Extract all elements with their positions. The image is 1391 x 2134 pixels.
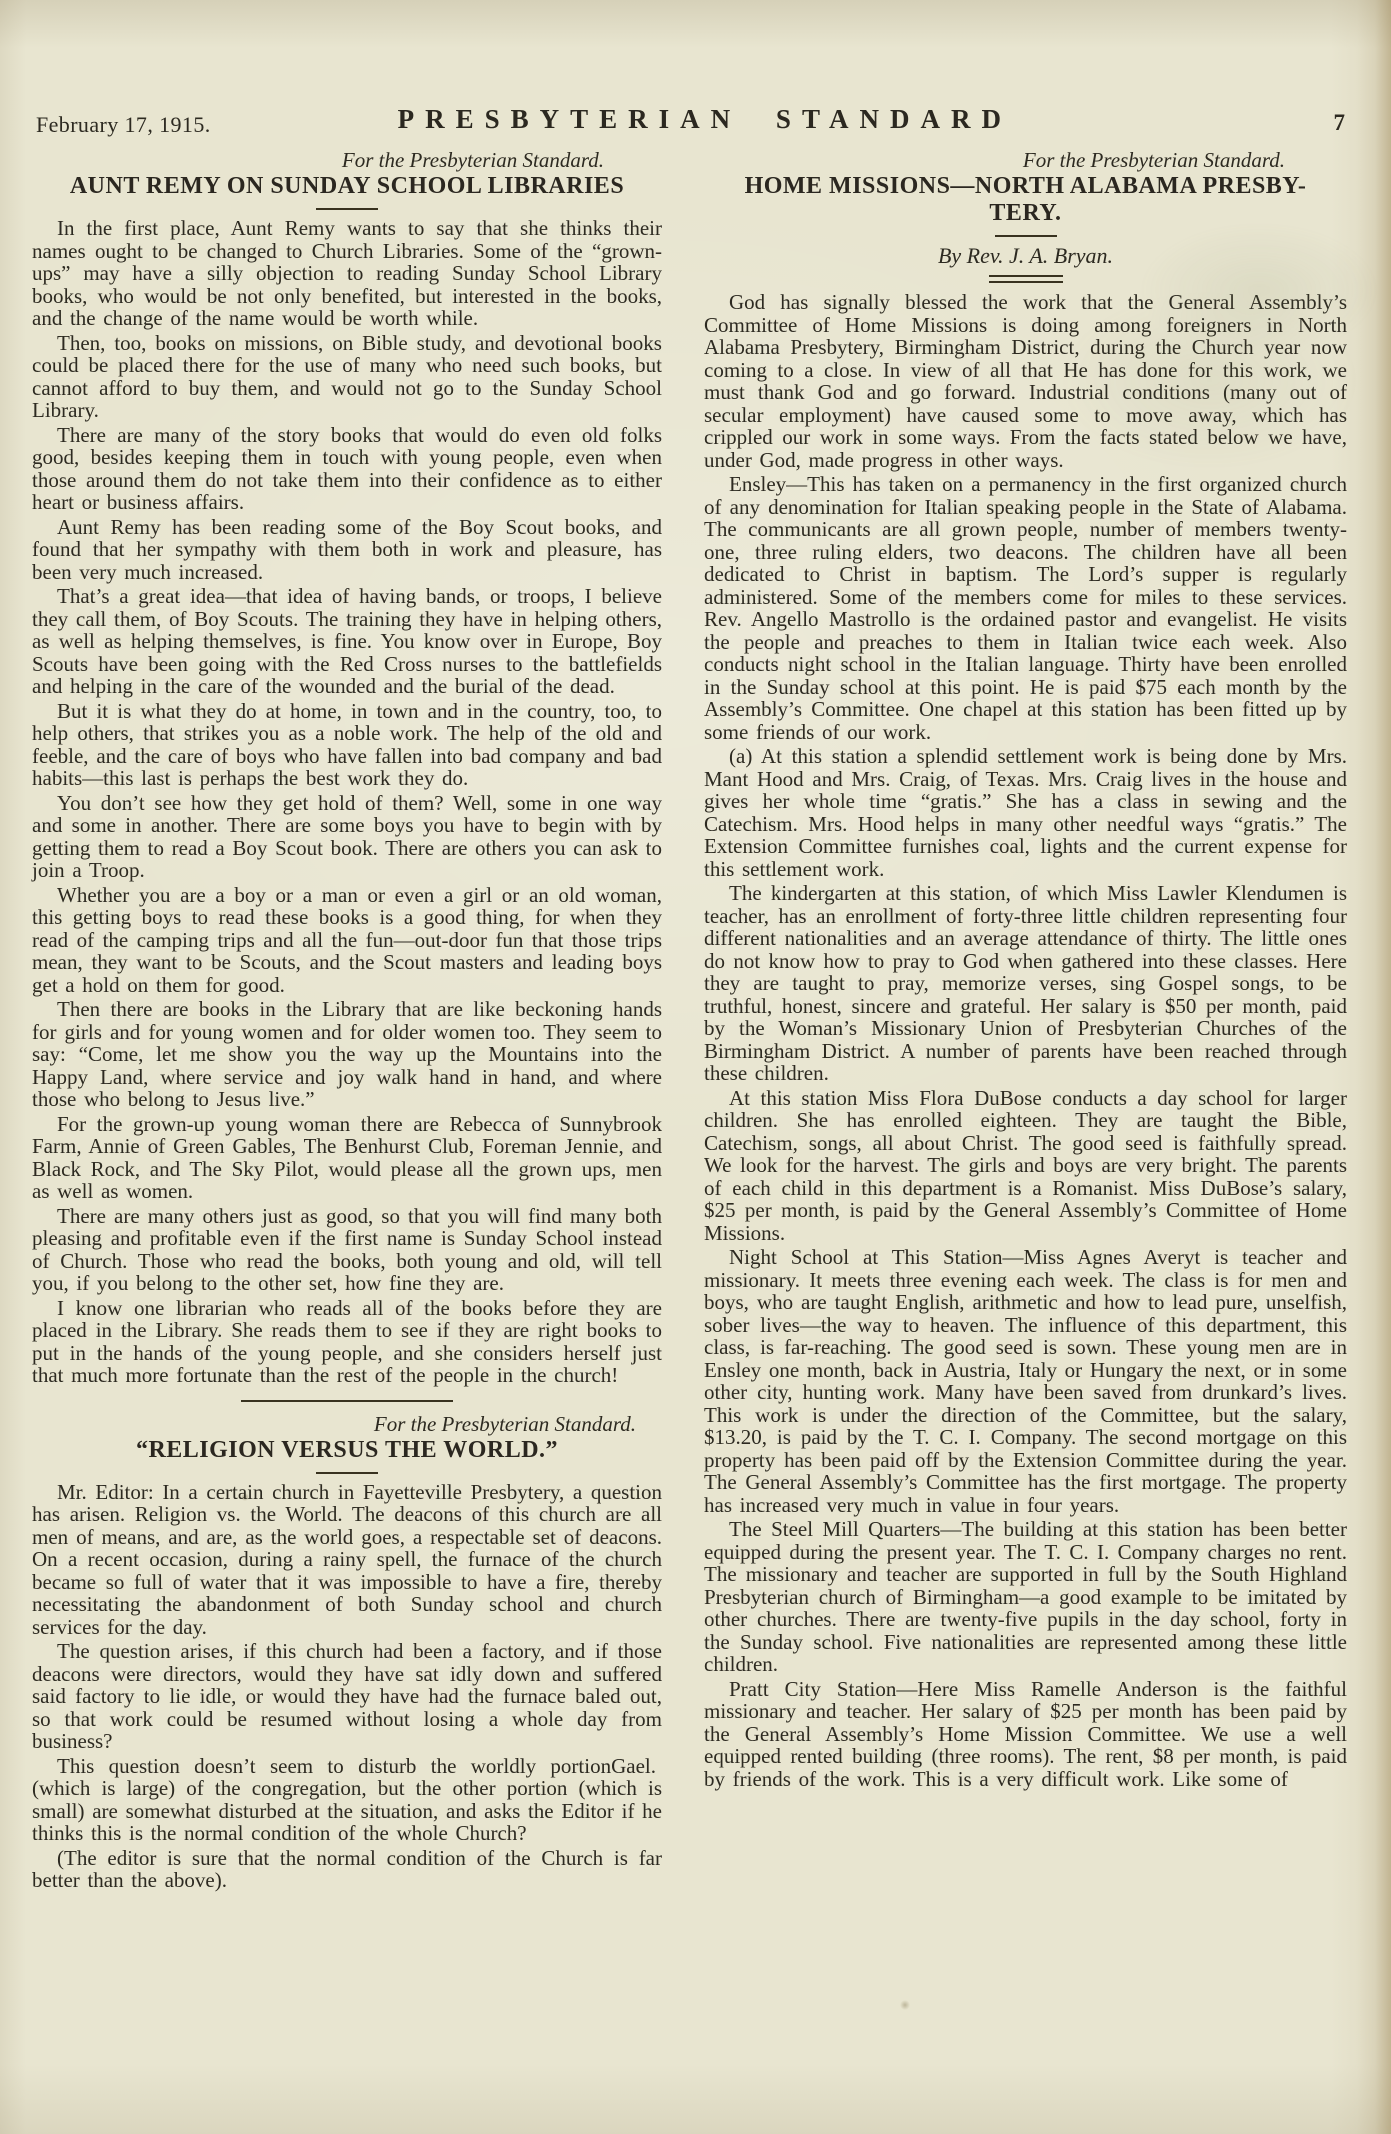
paragraph: There are many others just as good, so t… xyxy=(32,1205,662,1295)
editor-note: (The editor is sure that the normal cond… xyxy=(32,1847,662,1892)
paragraph: There are many of the story books that w… xyxy=(32,424,662,514)
paragraph-with-signature: Gael.This question doesn’t seem to distu… xyxy=(32,1755,662,1845)
paragraph: In the first place, Aunt Remy wants to s… xyxy=(32,217,662,330)
paragraph: You don’t see how they get hold of them?… xyxy=(32,792,662,882)
masthead-title: PRESBYTERIAN STANDARD xyxy=(398,104,1012,135)
paragraph: Then there are books in the Library that… xyxy=(32,998,662,1111)
paragraph: Whether you are a boy or a man or even a… xyxy=(32,884,662,997)
author-signature: Gael. xyxy=(611,1755,662,1778)
reverse-side-showthrough xyxy=(1061,170,1391,470)
paragraph: But it is what they do at home, in town … xyxy=(32,700,662,790)
article-tagline: For the Presbyterian Standard. xyxy=(704,148,1347,172)
article-title: AUNT REMY ON SUNDAY SCHOOL LIBRARIES xyxy=(32,173,662,200)
paragraph: The kindergarten at this station, of whi… xyxy=(704,882,1347,1085)
article-aunt-remy: For the Presbyterian Standard. AUNT REMY… xyxy=(32,148,662,1387)
article-tagline: For the Presbyterian Standard. xyxy=(32,148,662,172)
title-rule xyxy=(995,235,1057,237)
paragraph: For the grown-up young woman there are R… xyxy=(32,1113,662,1203)
paragraph: Then, too, books on missions, on Bible s… xyxy=(32,332,662,422)
paragraph: Pratt City Station—Here Miss Ramelle And… xyxy=(704,1678,1347,1791)
paragraph: That’s a great idea—that idea of having … xyxy=(32,585,662,698)
paragraph: At this station Miss Flora DuBose conduc… xyxy=(704,1087,1347,1245)
paragraph: I know one librarian who reads all of th… xyxy=(32,1297,662,1387)
article-religion-versus: For the Presbyterian Standard. “RELIGION… xyxy=(32,1412,662,1892)
issue-date: February 17, 1915. xyxy=(36,112,211,138)
newspaper-page-scan: February 17, 1915. PRESBYTERIAN STANDARD… xyxy=(0,0,1391,2134)
page-header: February 17, 1915. PRESBYTERIAN STANDARD… xyxy=(36,104,1349,142)
article-body: In the first place, Aunt Remy wants to s… xyxy=(32,217,662,1387)
article-divider xyxy=(241,1400,453,1402)
title-line-2: TERY. xyxy=(989,200,1061,226)
page-number: 7 xyxy=(1334,110,1346,136)
byline-double-rule xyxy=(989,275,1063,283)
title-rule xyxy=(316,1472,378,1474)
title-rule xyxy=(316,208,378,210)
article-title: “RELIGION VERSUS THE WORLD.” xyxy=(32,1437,662,1464)
paragraph-text: This question doesn’t seem to disturb th… xyxy=(32,1754,662,1846)
paragraph: (a) At this station a splendid settlemen… xyxy=(704,745,1347,880)
paragraph: Mr. Editor: In a certain church in Fayet… xyxy=(32,1481,662,1639)
article-body: Mr. Editor: In a certain church in Fayet… xyxy=(32,1481,662,1753)
paragraph: Ensley—This has taken on a permanency in… xyxy=(704,473,1347,743)
article-tagline: For the Presbyterian Standard. xyxy=(32,1412,662,1436)
left-column: For the Presbyterian Standard. AUNT REMY… xyxy=(32,148,662,1892)
article-body: God has signally blessed the work that t… xyxy=(704,291,1347,1790)
paragraph: The Steel Mill Quarters—The building at … xyxy=(704,1518,1347,1676)
paragraph: The question arises, if this church had … xyxy=(32,1640,662,1753)
paragraph: Aunt Remy has been reading some of the B… xyxy=(32,516,662,584)
paragraph: Night School at This Station—Miss Agnes … xyxy=(704,1246,1347,1516)
